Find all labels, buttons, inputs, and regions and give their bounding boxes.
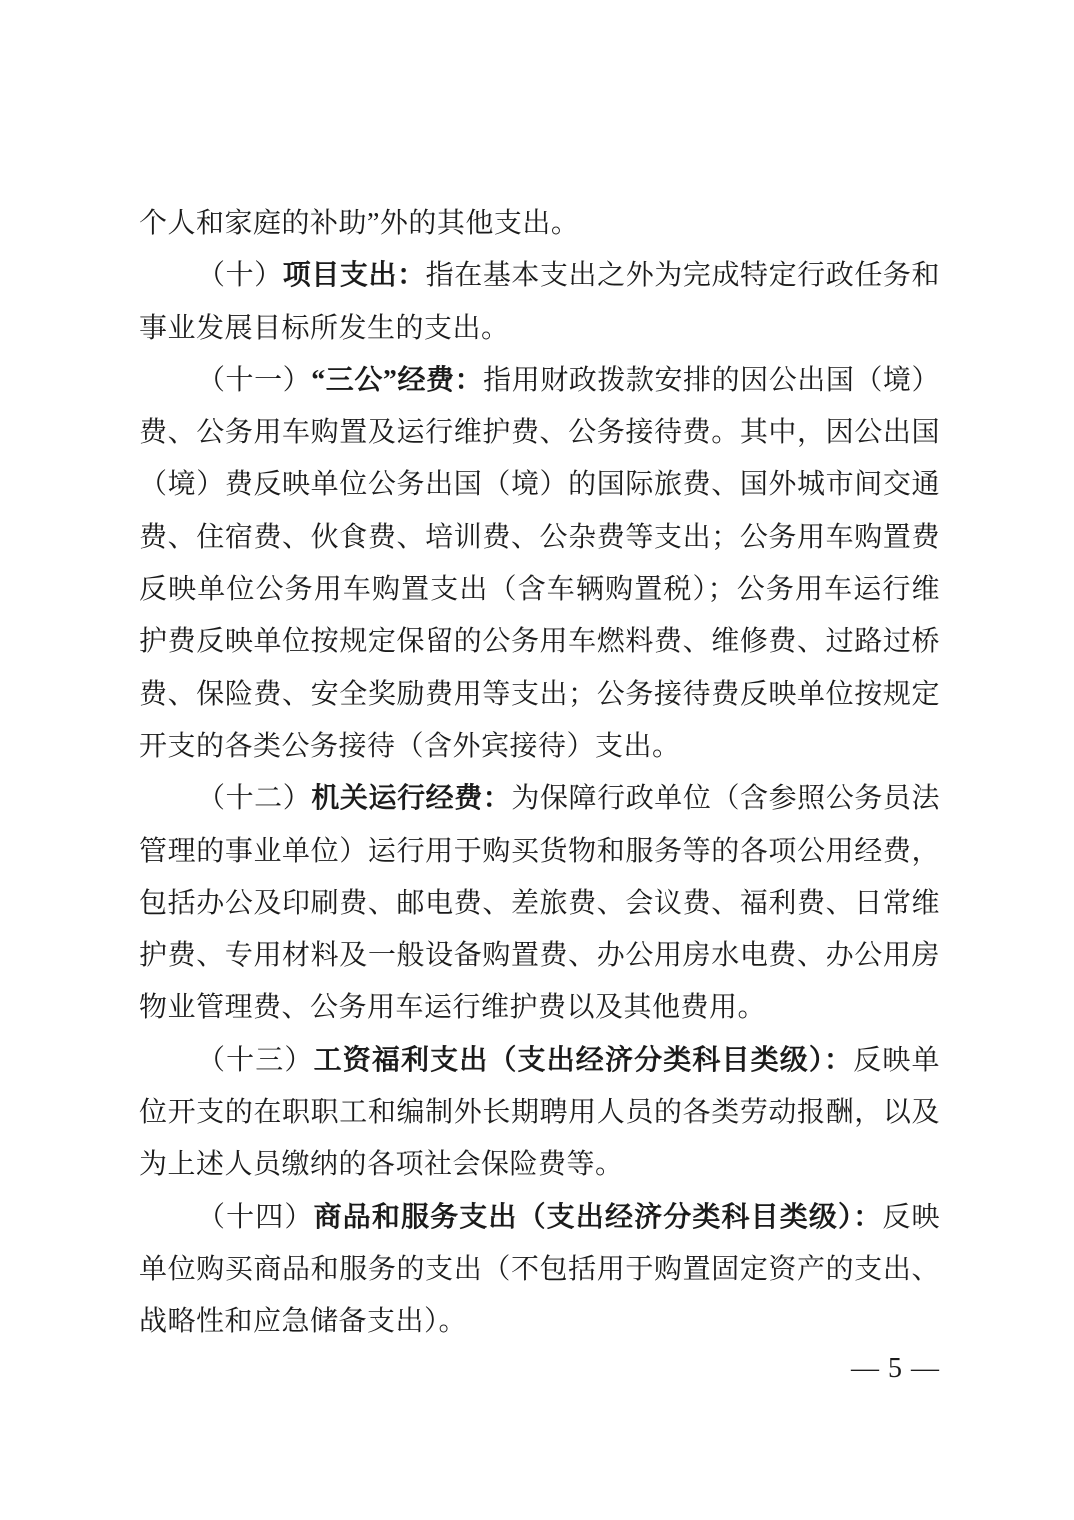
text-line: 反映单位公务用车购置支出（含车辆购置税）；公务用车运行维 bbox=[139, 564, 940, 616]
text-line: （十一）“三公”经费：指用财政拨款安排的因公出国（境） bbox=[139, 355, 940, 407]
text-run: （十一） bbox=[197, 365, 311, 396]
text-run: 单位购买商品和服务的支出（不包括用于购置固定资产的支出、 bbox=[139, 1254, 940, 1285]
text-line: 费、保险费、安全奖励费用等支出；公务接待费反映单位按规定 bbox=[139, 669, 940, 721]
term-label: 商品和服务支出（支出经济分类科目类级）： bbox=[314, 1202, 883, 1233]
text-run: 战略性和应急储备支出）。 bbox=[139, 1306, 467, 1337]
text-line: 包括办公及印刷费、邮电费、差旅费、会议费、福利费、日常维 bbox=[139, 878, 940, 930]
text-line: 位开支的在职职工和编制外长期聘用人员的各类劳动报酬，以及 bbox=[139, 1087, 940, 1139]
text-line: 单位购买商品和服务的支出（不包括用于购置固定资产的支出、 bbox=[139, 1244, 940, 1296]
text-run: 费、保险费、安全奖励费用等支出；公务接待费反映单位按规定 bbox=[139, 679, 940, 710]
text-run: 为保障行政单位（含参照公务员法 bbox=[511, 783, 940, 814]
text-run: （十二） bbox=[197, 783, 311, 814]
text-run: 事业发展目标所发生的支出。 bbox=[139, 313, 510, 344]
text-run: 护费、专用材料及一般设备购置费、办公用房水电费、办公用房 bbox=[139, 940, 940, 971]
text-run: 反映 bbox=[882, 1202, 940, 1233]
term-label: 工资福利支出（支出经济分类科目类级）： bbox=[314, 1045, 854, 1076]
text-run: 包括办公及印刷费、邮电费、差旅费、会议费、福利费、日常维 bbox=[139, 888, 940, 919]
text-line: 物业管理费、公务用车运行维护费以及其他费用。 bbox=[139, 982, 940, 1034]
text-line: （十四）商品和服务支出（支出经济分类科目类级）：反映 bbox=[139, 1192, 940, 1244]
page-number: — 5 — bbox=[851, 1349, 940, 1389]
text-run: 费、公务用车购置及运行维护费、公务接待费。其中，因公出国 bbox=[139, 417, 940, 448]
document-body: 个人和家庭的补助”外的其他支出。（十）项目支出：指在基本支出之外为完成特定行政任… bbox=[139, 198, 940, 1349]
text-line: 管理的事业单位）运行用于购买货物和服务等的各项公用经费， bbox=[139, 826, 940, 878]
text-line: 为上述人员缴纳的各项社会保险费等。 bbox=[139, 1139, 940, 1191]
text-run: （十） bbox=[197, 260, 283, 291]
text-line: 事业发展目标所发生的支出。 bbox=[139, 303, 940, 355]
text-run: 指在基本支出之外为完成特定行政任务和 bbox=[426, 260, 940, 291]
text-run: 反映单 bbox=[853, 1045, 940, 1076]
term-label: “三公”经费： bbox=[311, 365, 483, 396]
text-line: 战略性和应急储备支出）。 bbox=[139, 1296, 940, 1348]
text-run: （十三） bbox=[197, 1045, 314, 1076]
text-line: （十二）机关运行经费：为保障行政单位（含参照公务员法 bbox=[139, 773, 940, 825]
text-line: 开支的各类公务接待（含外宾接待）支出。 bbox=[139, 721, 940, 773]
document-page: 个人和家庭的补助”外的其他支出。（十）项目支出：指在基本支出之外为完成特定行政任… bbox=[0, 0, 1074, 1520]
text-run: （境）费反映单位公务出国（境）的国际旅费、国外城市间交通 bbox=[139, 469, 940, 500]
term-label: 机关运行经费： bbox=[311, 783, 511, 814]
text-line: （十）项目支出：指在基本支出之外为完成特定行政任务和 bbox=[139, 250, 940, 302]
text-run: 位开支的在职职工和编制外长期聘用人员的各类劳动报酬，以及 bbox=[139, 1097, 940, 1128]
text-line: 费、住宿费、伙食费、培训费、公杂费等支出；公务用车购置费 bbox=[139, 512, 940, 564]
text-run: 管理的事业单位）运行用于购买货物和服务等的各项公用经费， bbox=[139, 836, 940, 867]
text-run: 开支的各类公务接待（含外宾接待）支出。 bbox=[139, 731, 681, 762]
text-run: （十四） bbox=[197, 1202, 314, 1233]
text-run: 指用财政拨款安排的因公出国（境） bbox=[483, 365, 940, 396]
text-line: （十三）工资福利支出（支出经济分类科目类级）：反映单 bbox=[139, 1035, 940, 1087]
term-label: 项目支出： bbox=[283, 260, 426, 291]
text-run: 护费反映单位按规定保留的公务用车燃料费、维修费、过路过桥 bbox=[139, 626, 940, 657]
text-line: 护费、专用材料及一般设备购置费、办公用房水电费、办公用房 bbox=[139, 930, 940, 982]
text-run: 物业管理费、公务用车运行维护费以及其他费用。 bbox=[139, 992, 766, 1023]
text-line: 护费反映单位按规定保留的公务用车燃料费、维修费、过路过桥 bbox=[139, 616, 940, 668]
text-run: 个人和家庭的补助”外的其他支出。 bbox=[139, 208, 579, 239]
text-line: 费、公务用车购置及运行维护费、公务接待费。其中，因公出国 bbox=[139, 407, 940, 459]
text-line: （境）费反映单位公务出国（境）的国际旅费、国外城市间交通 bbox=[139, 459, 940, 511]
text-run: 费、住宿费、伙食费、培训费、公杂费等支出；公务用车购置费 bbox=[139, 522, 940, 553]
text-run: 反映单位公务用车购置支出（含车辆购置税）；公务用车运行维 bbox=[139, 574, 940, 605]
text-run: 为上述人员缴纳的各项社会保险费等。 bbox=[139, 1149, 624, 1180]
text-line: 个人和家庭的补助”外的其他支出。 bbox=[139, 198, 940, 250]
